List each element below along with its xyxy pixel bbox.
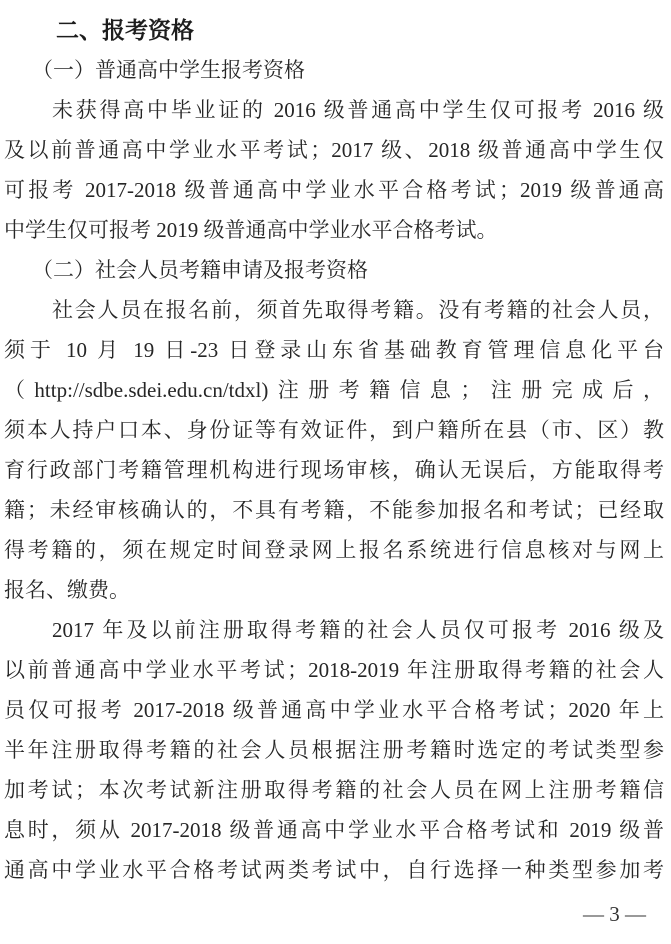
page-number: — 3 — <box>4 894 664 934</box>
text-line: 2017 年及以前注册取得考籍的社会人员仅可报考 2016 级及 <box>4 610 664 650</box>
text-line: 以前普通高中学业水平考试；2018-2019 年注册取得考籍的社会人 <box>4 650 664 690</box>
text-line: 可报考 2017-2018 级普通高中学业水平合格考试；2019 级普通高 <box>4 170 664 210</box>
document-page: 二、报考资格 （一）普通高中学生报考资格 未获得高中毕业证的 2016 级普通高… <box>0 0 671 944</box>
text-line: 加考试；本次考试新注册取得考籍的社会人员在网上注册考籍信 <box>4 770 664 810</box>
subsection-heading: （二）社会人员考籍申请及报考资格 <box>4 250 664 290</box>
text-line: 须本人持户口本、身份证等有效证件，到户籍所在县（市、区）教 <box>4 410 664 450</box>
text-line: 育行政部门考籍管理机构进行现场审核，确认无误后，方能取得考 <box>4 450 664 490</box>
subsection-heading: （一）普通高中学生报考资格 <box>4 50 664 90</box>
text-line: 须于 10 月 19 日-23 日登录山东省基础教育管理信息化平台 <box>4 330 664 370</box>
text-line: 得考籍的，须在规定时间登录网上报名系统进行信息核对与网上 <box>4 530 664 570</box>
document-body: 二、报考资格 （一）普通高中学生报考资格 未获得高中毕业证的 2016 级普通高… <box>4 10 664 934</box>
text-line: 社会人员在报名前，须首先取得考籍。没有考籍的社会人员， <box>4 290 664 330</box>
text-line: 息时，须从 2017-2018 级普通高中学业水平合格考试和 2019 级普 <box>4 810 664 850</box>
text-line: 籍；未经审核确认的，不具有考籍，不能参加报名和考试；已经取 <box>4 490 664 530</box>
text-line: 半年注册取得考籍的社会人员根据注册考籍时选定的考试类型参 <box>4 730 664 770</box>
text-line: 员仅可报考 2017-2018 级普通高中学业水平合格考试；2020 年上 <box>4 690 664 730</box>
text-line: 报名、缴费。 <box>4 570 664 610</box>
section-heading: 二、报考资格 <box>4 10 664 50</box>
text-line: （http://sdbe.sdei.edu.cn/tdxl)注册考籍信息；注册完… <box>4 370 664 410</box>
text-line: 及以前普通高中学业水平考试；2017 级、2018 级普通高中学生仅 <box>4 130 664 170</box>
text-line: 未获得高中毕业证的 2016 级普通高中学生仅可报考 2016 级 <box>4 90 664 130</box>
text-line: 通高中学业水平合格考试两类考试中，自行选择一种类型参加考 <box>4 850 664 890</box>
text-line: 中学生仅可报考 2019 级普通高中学业水平合格考试。 <box>4 210 664 250</box>
